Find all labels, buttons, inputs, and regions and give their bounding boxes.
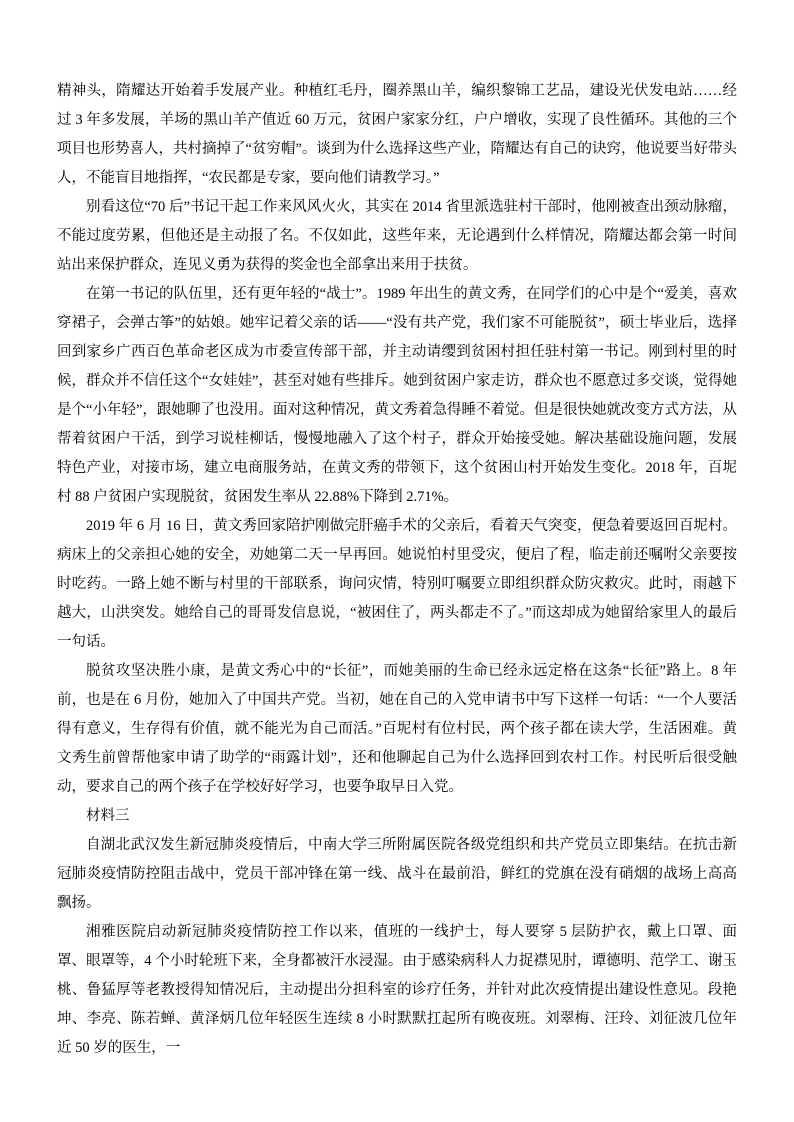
paragraph-covid-party-members: 自湖北武汉发生新冠肺炎疫情后，中南大学三所附属医院各级党组织和共产党员立即集结。… xyxy=(57,831,737,918)
paragraph-huangwenxiu-intro: 在第一书记的队伍里，还有更年轻的“战士”。1989 年出生的黄文秀，在同学们的心… xyxy=(57,280,737,512)
section-heading-material-three: 材料三 xyxy=(57,802,737,831)
paragraph-huangwenxiu-flood: 2019 年 6 月 16 日，黄文秀回家陪护刚做完肝癌手术的父亲后，看着天气突… xyxy=(57,512,737,657)
paragraph-huangwenxiu-legacy: 脱贫攻坚决胜小康，是黄文秀心中的“长征”，而她美丽的生命已经永远定格在这条“长征… xyxy=(57,657,737,802)
paragraph-xiangya-hospital: 湘雅医院启动新冠肺炎疫情防控工作以来，值班的一线护士，每人要穿 5 层防护衣，戴… xyxy=(57,918,737,1063)
paragraph-suiyaoda-industry: 精神头，隋耀达开始着手发展产业。种植红毛丹，圈养黑山羊，编织黎锦工艺品，建设光伏… xyxy=(57,77,737,193)
paragraph-suiyaoda-volunteer: 别看这位“70 后”书记干起工作来风风火火，其实在 2014 省里派选驻村干部时… xyxy=(57,193,737,280)
document-page: 精神头，隋耀达开始着手发展产业。种植红毛丹，圈养黑山羊，编织黎锦工艺品，建设光伏… xyxy=(0,0,794,1122)
